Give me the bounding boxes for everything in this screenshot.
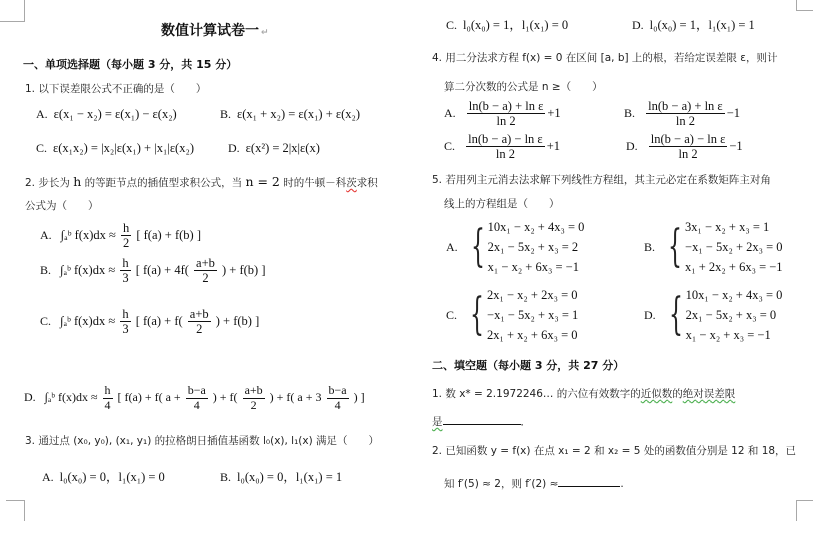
option-text: l₀(x₀) = 0，l₁(x₁) = 0: [60, 470, 165, 484]
stem-text: 时的牛顿－科: [283, 177, 346, 189]
equation: x₁ + 2x₂ + 6x₃ = −1: [685, 257, 783, 277]
equation: 10x₁ − x₂ + 4x₃ = 0: [686, 285, 783, 305]
option-label: A.: [36, 107, 48, 121]
option-label: D.: [632, 18, 644, 32]
question-2-stem-line1: 2. 步长为 h 的等距节点的插值型求积公式，当 n = 2 时的牛顿－科茨求积: [25, 174, 378, 190]
numerator: ln(b − a) + ln ε: [646, 99, 725, 114]
math-expr: n = 2: [245, 174, 279, 189]
q1-option-b[interactable]: B.ε(x₁ + x₂) = ε(x₁) + ε(x₂): [220, 107, 360, 122]
left-brace-icon: {: [470, 293, 484, 337]
q1-option-d[interactable]: D.ε(x²) = 2|x|ε(x): [228, 141, 320, 156]
numerator: h: [120, 307, 130, 322]
option-text: ε(x₁ + x₂) = ε(x₁) + ε(x₂): [237, 107, 360, 121]
option-label: C.: [40, 314, 51, 328]
q5-option-d[interactable]: D.{ 10x₁ − x₂ + 4x₃ = 0 2x₁ − 5x₂ + x₃ =…: [644, 285, 782, 345]
fill-1-line2: 是．: [432, 414, 531, 429]
integral-lhs: ∫ₐᵇ f(x)dx ≈: [60, 314, 115, 328]
page-corner-mark: [796, 0, 813, 11]
integral-lhs: ∫ₐᵇ f(x)dx ≈: [60, 263, 115, 277]
question-4-stem-line2: 算二分次数的公式是 n ≥（ ）: [444, 79, 603, 94]
numerator: a+b: [194, 256, 217, 271]
page-corner-mark: [6, 500, 25, 521]
fraction: ln(b − a) − ln εln 2: [466, 132, 545, 162]
option-text: ε(x²) = 2|x|ε(x): [246, 141, 320, 155]
q4-option-b[interactable]: B. ln(b − a) + ln εln 2−1: [624, 99, 740, 129]
option-tail: −1: [729, 139, 742, 153]
equation-system: 3x₁ − x₂ + x₃ = 1 −x₁ − 5x₂ + 2x₃ = 0 x₁…: [685, 217, 783, 277]
option-label: C.: [36, 141, 47, 155]
equation: −x₁ − 5x₂ + x₃ = 1: [487, 305, 578, 325]
q3-option-c[interactable]: C.l₀(x₀) = 1，l₁(x₁) = 0: [446, 15, 568, 33]
fraction: h3: [120, 307, 130, 337]
numerator: h: [120, 256, 130, 271]
q5-option-a[interactable]: A.{ 10x₁ − x₂ + 4x₃ = 0 2x₁ − 5x₂ + x₃ =…: [446, 217, 584, 277]
q1-option-a[interactable]: A.ε(x₁ − x₂) = ε(x₁) − ε(x₂): [36, 107, 177, 122]
denominator: 3: [120, 271, 130, 285]
denominator: 4: [333, 399, 343, 413]
equation: 2x₁ − 5x₂ + x₃ = 0: [686, 305, 783, 325]
option-label: B.: [624, 106, 635, 120]
q3-option-d[interactable]: D.l₀(x₀) = 1，l₁(x₁) = 1: [632, 15, 755, 33]
denominator: 2: [249, 399, 259, 413]
stem-text: 的等距节点的插值型求积公式，当: [85, 177, 243, 189]
option-label: B.: [644, 240, 655, 255]
numerator: a+b: [188, 307, 211, 322]
title-text: 数值计算试卷一: [161, 23, 259, 39]
question-4-stem-line1: 4. 用二分法求方程 f(x) = 0 在区间 [a, b] 上的根，若给定误差…: [432, 50, 777, 65]
fraction: ln(b − a) − ln εln 2: [649, 132, 728, 162]
fraction: h3: [120, 256, 130, 286]
stem-text: 1. 数 x* = 2.1972246… 的六位有效数字的: [432, 388, 641, 400]
q3-option-b[interactable]: B.l₀(x₀) = 0，l₁(x₁) = 1: [220, 467, 342, 485]
integral-lhs: ∫ₐᵇ f(x)dx ≈: [61, 228, 116, 242]
denominator: ln 2: [494, 147, 517, 161]
integral-rhs: [ f(a) + f(b) ]: [136, 228, 201, 242]
numerator: h: [121, 221, 131, 236]
denominator: 2: [200, 271, 210, 285]
option-tail: −1: [727, 106, 740, 120]
integral-rhs: [ f(a) + f(: [136, 314, 183, 328]
q1-option-c[interactable]: C.ε(x₁x₂) = |x₂|ε(x₁) + |x₁|ε(x₂): [36, 141, 194, 156]
question-2-stem-line2: 公式为（ ）: [25, 198, 99, 213]
stem-text: 2. 步长为: [25, 177, 70, 189]
option-label: D.: [626, 139, 638, 153]
spellcheck-flagged-word[interactable]: 茨: [346, 177, 357, 189]
q3-option-a[interactable]: A.l₀(x₀) = 0，l₁(x₁) = 0: [42, 467, 165, 485]
q5-option-c[interactable]: C.{ 2x₁ − x₂ + 2x₃ = 0 −x₁ − 5x₂ + x₃ = …: [446, 285, 578, 345]
left-brace-icon: {: [669, 293, 683, 337]
math-var: h: [73, 174, 81, 189]
option-label: A.: [42, 470, 54, 484]
option-label: B.: [40, 263, 51, 277]
q2-option-b[interactable]: B. ∫ₐᵇ f(x)dx ≈ h3 [ f(a) + 4f( a+b2 ) +…: [40, 256, 266, 286]
q2-option-c[interactable]: C. ∫ₐᵇ f(x)dx ≈ h3 [ f(a) + f( a+b2 ) + …: [40, 307, 259, 337]
fill-1-line1: 1. 数 x* = 2.1972246… 的六位有效数字的近似数的绝对误差限: [432, 386, 735, 401]
document-page-left: 数值计算试卷一↵ 一、单项选择题（每小题 3 分，共 15 分） 1. 以下误差…: [0, 0, 406, 543]
equation: x₁ − x₂ + x₃ = −1: [686, 325, 783, 345]
integral-rhs: [ f(a) + 4f(: [136, 263, 189, 277]
equation: 2x₁ − 5x₂ + x₃ = 2: [488, 237, 585, 257]
option-text: ε(x₁x₂) = |x₂|ε(x₁) + |x₁|ε(x₂): [53, 141, 194, 155]
denominator: 4: [103, 399, 113, 413]
option-label: A.: [446, 240, 458, 255]
numerator: ln(b − a) + ln ε: [467, 99, 546, 114]
option-text: ε(x₁ − x₂) = ε(x₁) − ε(x₂): [54, 107, 177, 121]
equation: 10x₁ − x₂ + 4x₃ = 0: [488, 217, 585, 237]
fraction: b−a4: [186, 384, 208, 413]
question-1-stem: 1. 以下误差限公式不正确的是（ ）: [25, 81, 206, 96]
equation: 3x₁ − x₂ + x₃ = 1: [685, 217, 783, 237]
section2-heading: 二、填空题（每小题 3 分，共 27 分）: [432, 357, 624, 373]
numerator: b−a: [327, 384, 349, 399]
equation-system: 10x₁ − x₂ + 4x₃ = 0 2x₁ − 5x₂ + x₃ = 2 x…: [488, 217, 585, 277]
left-brace-icon: {: [668, 225, 682, 269]
document-page-right: C.l₀(x₀) = 1，l₁(x₁) = 0 D.l₀(x₀) = 1，l₁(…: [406, 0, 813, 543]
numerator: a+b: [243, 384, 265, 399]
fraction: h4: [103, 384, 113, 413]
denominator: ln 2: [677, 147, 700, 161]
q4-option-c[interactable]: C. ln(b − a) − ln εln 2+1: [444, 132, 560, 162]
option-label: A.: [40, 228, 52, 242]
equation: 2x₁ − x₂ + 2x₃ = 0: [487, 285, 578, 305]
option-label: C.: [444, 139, 455, 153]
fraction: a+b2: [188, 307, 211, 337]
integral-rhs: ) + f(b) ]: [222, 263, 266, 277]
option-tail: +1: [547, 139, 560, 153]
equation-system: 2x₁ − x₂ + 2x₃ = 0 −x₁ − 5x₂ + x₃ = 1 2x…: [487, 285, 578, 345]
q4-option-a[interactable]: A. ln(b − a) + ln εln 2+1: [444, 99, 561, 129]
option-text: l₀(x₀) = 1，l₁(x₁) = 1: [650, 18, 755, 32]
denominator: 2: [194, 322, 204, 336]
equation: 2x₁ + x₂ + 6x₃ = 0: [487, 325, 578, 345]
fraction: ln(b − a) + ln εln 2: [646, 99, 725, 129]
grammar-flagged-word[interactable]: 绝对误差限: [683, 388, 736, 400]
denominator: 3: [120, 322, 130, 336]
integral-rhs: ) + f(b) ]: [216, 314, 260, 328]
q4-option-d[interactable]: D. ln(b − a) − ln εln 2−1: [626, 132, 743, 162]
option-text: l₀(x₀) = 1，l₁(x₁) = 0: [463, 18, 568, 32]
equation-system: 10x₁ − x₂ + 4x₃ = 0 2x₁ − 5x₂ + x₃ = 0 x…: [686, 285, 783, 345]
option-label: D.: [644, 308, 656, 323]
integral-rhs: [ f(a) + f( a +: [118, 390, 181, 404]
stem-text: ．: [521, 416, 532, 428]
option-label: D.: [24, 390, 36, 404]
denominator: ln 2: [674, 114, 697, 128]
fraction: a+b2: [194, 256, 217, 286]
left-brace-icon: {: [471, 225, 485, 269]
option-label: B.: [220, 107, 231, 121]
option-label: C.: [446, 308, 457, 323]
option-tail: +1: [547, 106, 560, 120]
answer-blank[interactable]: [443, 414, 521, 425]
stem-text: 求积: [357, 177, 378, 189]
stem-text: .: [620, 478, 623, 490]
denominator: 4: [192, 399, 202, 413]
numerator: ln(b − a) − ln ε: [649, 132, 728, 147]
section1-heading: 一、单项选择题（每小题 3 分，共 15 分）: [23, 56, 237, 72]
grammar-flagged-word[interactable]: 近似数: [641, 388, 673, 400]
question-3-stem: 3. 通过点 (x₀, y₀), (x₁, y₁) 的拉格朗日插值基函数 l₀(…: [25, 433, 379, 448]
equation: x₁ − x₂ + 6x₃ = −1: [488, 257, 585, 277]
integral-rhs: ) + f( a + 3: [270, 390, 322, 404]
fraction: a+b2: [243, 384, 265, 413]
question-5-stem-line2: 线上的方程组是（ ）: [444, 196, 560, 211]
fraction: b−a4: [327, 384, 349, 413]
stem-text: 知 f′(5) ≈ 2，则 f′(2) ≈: [444, 478, 558, 490]
document-title: 数值计算试卷一↵: [161, 20, 269, 40]
option-label: C.: [446, 18, 457, 32]
denominator: ln 2: [495, 114, 518, 128]
grammar-flagged-word[interactable]: 是: [432, 416, 443, 428]
numerator: h: [103, 384, 113, 399]
answer-blank[interactable]: [558, 476, 620, 487]
denominator: 2: [121, 236, 131, 250]
option-text: l₀(x₀) = 0，l₁(x₁) = 1: [237, 470, 342, 484]
page-corner-mark: [0, 0, 25, 22]
fill-2-line1: 2. 已知函数 y = f(x) 在点 x₁ = 2 和 x₂ = 5 处的函数…: [432, 443, 796, 458]
integral-rhs: ) ]: [354, 390, 365, 404]
option-label: A.: [444, 106, 456, 120]
q2-option-d[interactable]: D. ∫ₐᵇ f(x)dx ≈ h4 [ f(a) + f( a + b−a4 …: [24, 384, 365, 413]
fill-2-line2: 知 f′(5) ≈ 2，则 f′(2) ≈.: [444, 476, 624, 491]
q2-option-a[interactable]: A. ∫ₐᵇ f(x)dx ≈ h2 [ f(a) + f(b) ]: [40, 221, 201, 251]
stem-text: 的: [672, 388, 683, 400]
numerator: ln(b − a) − ln ε: [466, 132, 545, 147]
option-label: B.: [220, 470, 231, 484]
q5-option-b[interactable]: B.{ 3x₁ − x₂ + x₃ = 1 −x₁ − 5x₂ + 2x₃ = …: [644, 217, 783, 277]
fraction: ln(b − a) + ln εln 2: [467, 99, 546, 129]
integral-rhs: ) + f(: [213, 390, 238, 404]
paragraph-mark: ↵: [261, 28, 269, 38]
option-label: D.: [228, 141, 240, 155]
equation: −x₁ − 5x₂ + 2x₃ = 0: [685, 237, 783, 257]
fraction: h2: [121, 221, 131, 251]
question-5-stem-line1: 5. 若用列主元消去法求解下列线性方程组，其主元必定在系数矩阵主对角: [432, 172, 771, 187]
integral-lhs: ∫ₐᵇ f(x)dx ≈: [45, 390, 98, 404]
page-corner-mark: [796, 500, 813, 521]
numerator: b−a: [186, 384, 208, 399]
